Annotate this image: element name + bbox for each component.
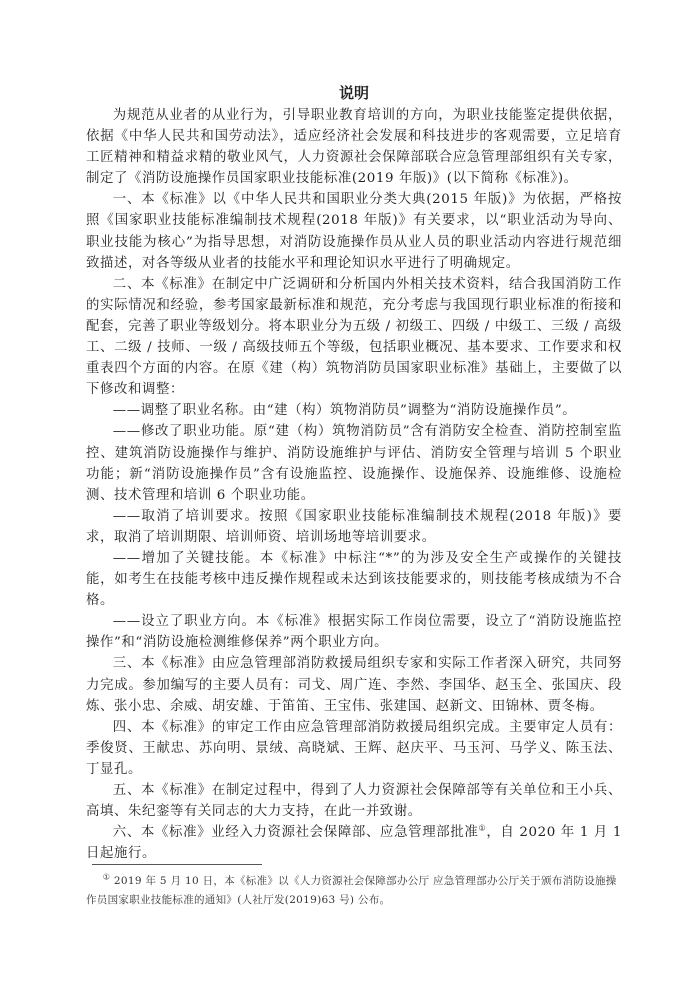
- page-title: 说明: [86, 83, 622, 103]
- paragraph-4-reviewers: 四、本《标准》的审定工作由应急管理部消防救援局组织完成。主要审定人员有：季俊贤、…: [86, 717, 622, 780]
- document-body: 为规范从业者的从业行为，引导职业教育培训的方向，为职业技能鉴定提供依据，依据《中…: [86, 105, 622, 864]
- change-item-direction: ——设立了职业方向。本《标准》根据实际工作岗位需要，设立了“消防设施监控操作”和…: [86, 611, 622, 653]
- intro-paragraph: 为规范从业者的从业行为，引导职业教育培训的方向，为职业技能鉴定提供依据，依据《中…: [86, 105, 622, 189]
- footnote: ① 2019 年 5 月 10 日，本《标准》以《人力资源社会保障部办公厅 应急…: [86, 872, 622, 910]
- paragraph-2-levels: 二、本《标准》在制定中广泛调研和分析国内外相关技术资料，结合我国消防工作的实际情…: [86, 274, 622, 401]
- change-item-key-skills: ——增加了关键技能。本《标准》中标注“*”的为涉及安全生产或操作的关键技能，如考…: [86, 548, 622, 611]
- change-item-name: ——调整了职业名称。由“建（构）筑物消防员”调整为“消防设施操作员”。: [86, 400, 622, 421]
- footnote-text: 2019 年 5 月 10 日，本《标准》以《人力资源社会保障部办公厅 应急管理…: [86, 875, 617, 906]
- change-item-functions: ——修改了职业功能。原“建（构）筑物消防员”含有消防安全检查、消防控制室监控、建…: [86, 421, 622, 505]
- paragraph-5-thanks: 五、本《标准》在制定过程中，得到了人力资源社会保障部等有关单位和王小兵、高填、朱…: [86, 780, 622, 822]
- paragraph-3-authors: 三、本《标准》由应急管理部消防救援局组织专家和实际工作者深入研究，共同努力完成。…: [86, 653, 622, 716]
- change-item-training: ——取消了培训要求。按照《国家职业技能标准编制技术规程(2018 年版)》要求，…: [86, 506, 622, 548]
- approval-text: 六、本《标准》业经入力资源社会保障部、应急管理部批准: [113, 825, 479, 840]
- paragraph-1-basis: 一、本《标准》以《中华人民共和国职业分类大典(2015 年版)》为依据，严格按照…: [86, 189, 622, 273]
- footnote-divider: [92, 864, 262, 865]
- paragraph-6-approval: 六、本《标准》业经入力资源社会保障部、应急管理部批准①，自 2020 年 1 月…: [86, 822, 622, 864]
